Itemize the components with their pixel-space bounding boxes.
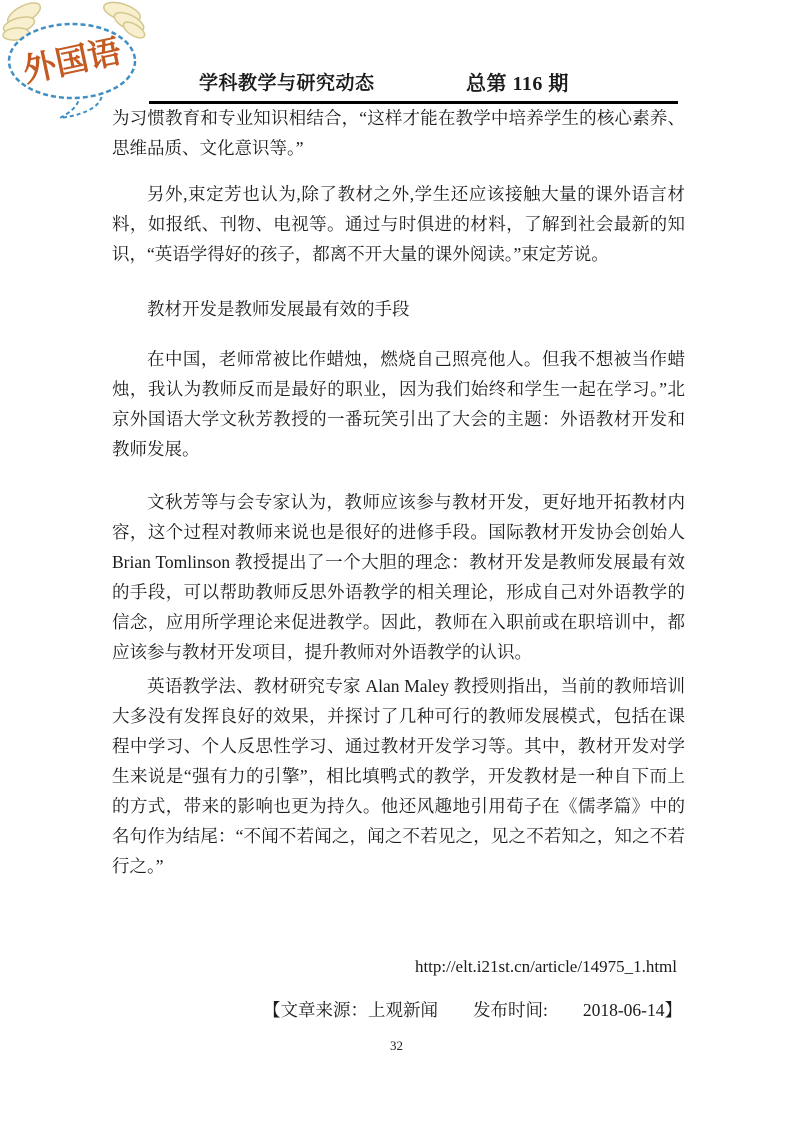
section-heading: 教材开发是教师发展最有效的手段 <box>112 294 685 324</box>
article-body: 为习惯教育和专业知识相结合，“这样才能在教学中培养学生的核心素养、思维品质、文化… <box>112 103 685 1025</box>
paragraph-continuation: 为习惯教育和专业知识相结合，“这样才能在教学中培养学生的核心素养、思维品质、文化… <box>112 103 685 163</box>
issue-number: 总第 116 期 <box>466 67 569 96</box>
page-number: 32 <box>0 1038 793 1054</box>
document-page: 外国语 学科教学与研究动态 总第 116 期 为习惯教育和专业知识相结合，“这样… <box>0 0 793 1122</box>
paragraph-shudingfang: 另外,束定芳也认为,除了教材之外,学生还应该接触大量的课外语言材料，如报纸、刊物… <box>112 179 685 269</box>
paragraph-alan-maley: 英语教学法、教材研究专家 Alan Maley 教授则指出，当前的教师培训大多没… <box>112 671 685 881</box>
paragraph-wenqiufang-intro: 在中国，老师常被比作蜡烛，燃烧自己照亮他人。但我不想被当作蜡烛，我认为教师反而是… <box>112 344 685 464</box>
journal-title: 学科教学与研究动态 <box>199 68 375 95</box>
article-url: http://elt.i21st.cn/article/14975_1.html <box>112 952 685 982</box>
source-and-date: 【文章来源：上观新闻 发布时间: 2018-06-14】 <box>112 995 685 1025</box>
paragraph-tomlinson: 文秋芳等与会专家认为，教师应该参与教材开发，更好地开拓教材内容，这个过程对教师来… <box>112 487 685 667</box>
